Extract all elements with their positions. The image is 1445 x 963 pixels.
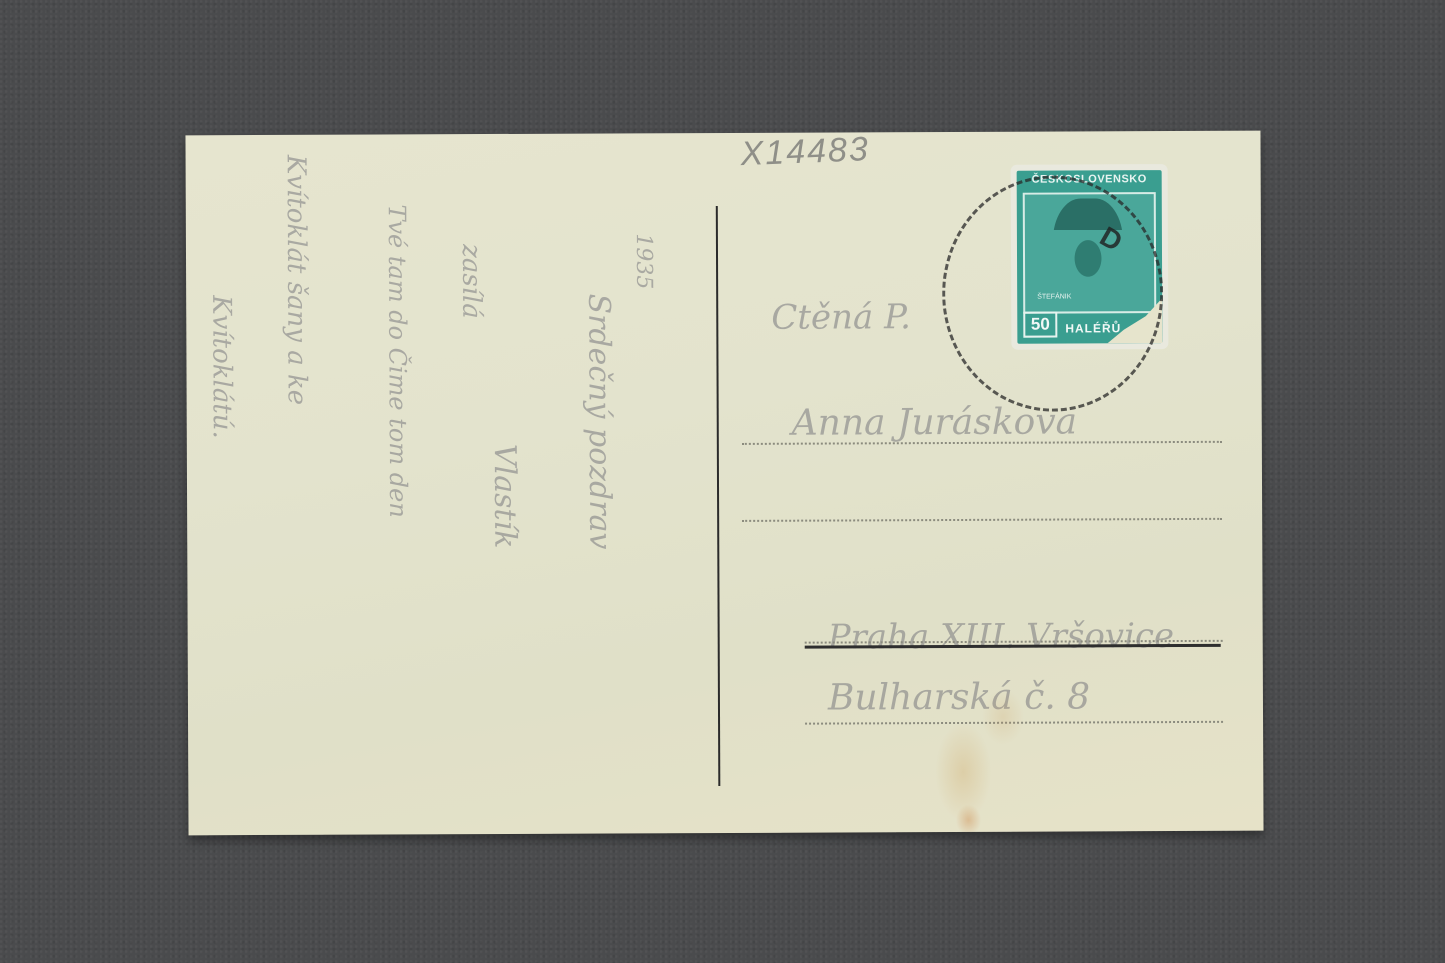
message-line-6: Kvítoklátú. bbox=[206, 295, 237, 439]
message-line-1: Srdečný pozdrav bbox=[581, 293, 617, 549]
address-city: Praha XIII. Vršovice bbox=[828, 616, 1175, 658]
postcard: X14483 1935 Srdečný pozdrav zasílá Vlast… bbox=[185, 131, 1263, 836]
message-date: 1935 bbox=[631, 233, 656, 289]
address-dotted-line-2 bbox=[742, 518, 1222, 522]
address-line-1: Ctěná P. bbox=[771, 297, 911, 338]
message-line-3: Vlastík bbox=[487, 444, 522, 549]
message-line-2: zasílá bbox=[456, 244, 486, 319]
address-dotted-line-4 bbox=[805, 721, 1223, 725]
message-line-4: Tvé tam do Čime tom den bbox=[383, 204, 412, 517]
message-line-5: Kvítoklát šany a ke bbox=[281, 155, 312, 405]
center-divider bbox=[716, 206, 721, 786]
address-street: Bulharská č. 8 bbox=[828, 676, 1090, 718]
address-line-2: Anna Juráskova bbox=[792, 401, 1078, 443]
inventory-mark: X14483 bbox=[740, 130, 871, 174]
postmark-circle-icon bbox=[942, 175, 1164, 412]
